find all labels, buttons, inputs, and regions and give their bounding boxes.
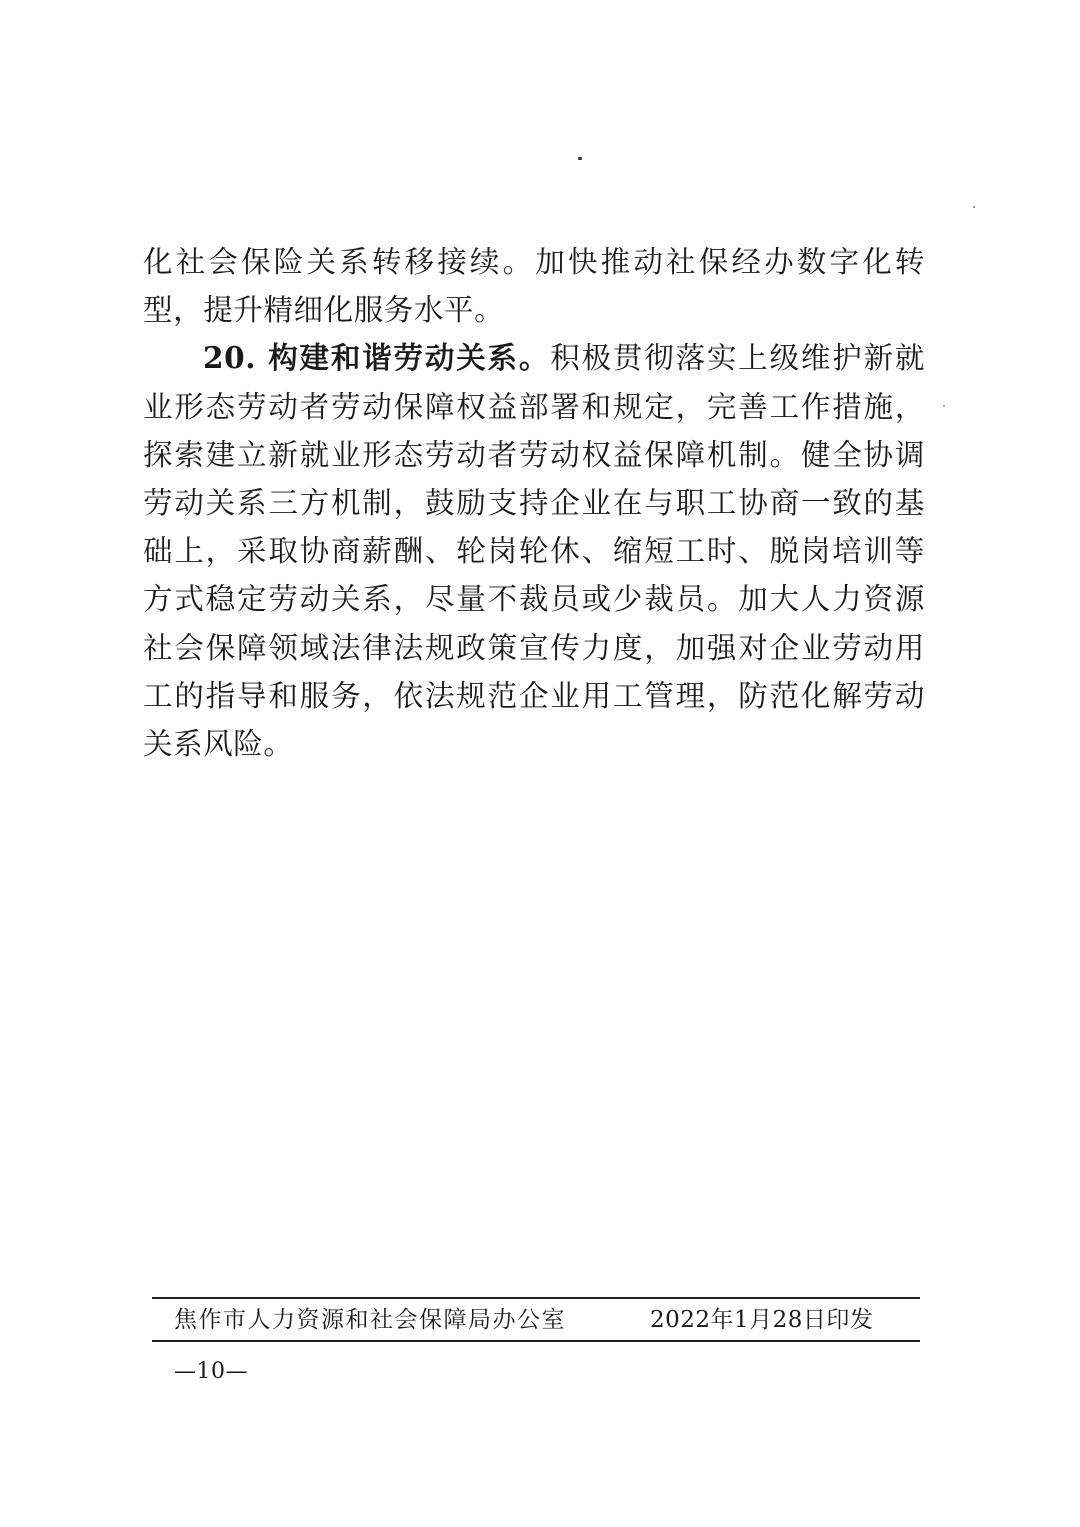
scan-speck bbox=[943, 405, 945, 407]
document-body: 化社会保险关系转移接续。加快推动社保经办数字化转型，提升精细化服务水平。 20.… bbox=[143, 238, 925, 768]
paragraph-text: 化社会保险关系转移接续。加快推动社保经办数字化转型，提升精细化服务水平。 bbox=[143, 245, 925, 327]
issuer-name: 焦作市人力资源和社会保障局办公室 bbox=[174, 1300, 566, 1340]
footer-bottom-rule bbox=[152, 1340, 920, 1342]
paragraph-continuation: 化社会保险关系转移接续。加快推动社保经办数字化转型，提升精细化服务水平。 bbox=[143, 238, 925, 334]
item-heading: 20. 构建和谐劳动关系。 bbox=[203, 340, 550, 375]
paragraph-text: 积极贯彻落实上级维护新就业形态劳动者劳动保障权益部署和规定，完善工作措施，探索建… bbox=[143, 341, 925, 761]
scan-speck bbox=[578, 157, 582, 160]
issue-date: 2022年1月28日印发 bbox=[650, 1300, 873, 1340]
footer-top-rule bbox=[152, 1297, 920, 1299]
scan-speck bbox=[973, 206, 975, 208]
paragraph-item-20: 20. 构建和谐劳动关系。积极贯彻落实上级维护新就业形态劳动者劳动保障权益部署和… bbox=[143, 334, 925, 768]
issuance-footer: 焦作市人力资源和社会保障局办公室 2022年1月28日印发 bbox=[152, 1300, 920, 1340]
page-number: —10— bbox=[174, 1356, 248, 1388]
